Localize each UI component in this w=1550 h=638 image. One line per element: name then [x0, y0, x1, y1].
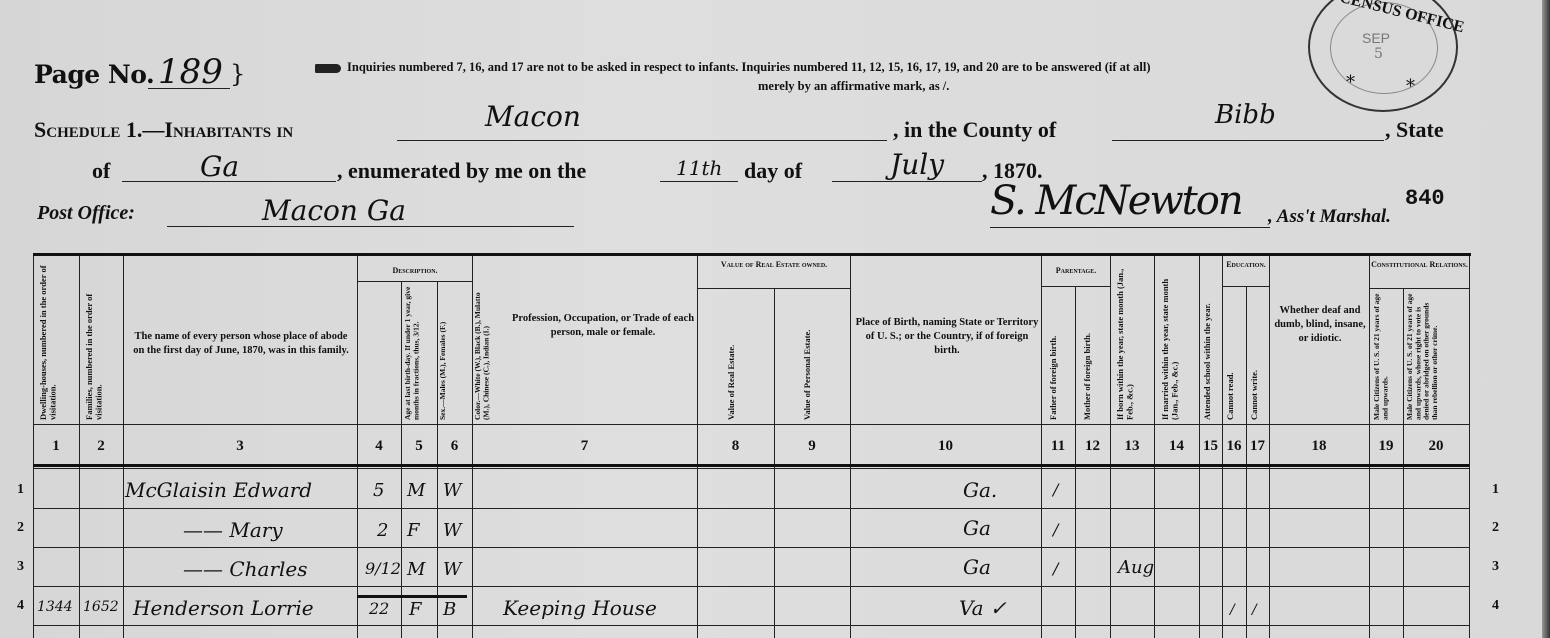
county-value: Bibb: [1215, 100, 1276, 130]
col12-header: Mother of foreign birth.: [1083, 292, 1103, 420]
row3-born-month: Aug: [1118, 557, 1154, 578]
page-no-value: 189: [158, 52, 223, 92]
col-num-13: 13: [1110, 438, 1154, 455]
row2-birthplace: Ga: [963, 516, 991, 540]
col-num-2: 2: [79, 438, 123, 455]
col-num-3: 3: [123, 438, 357, 455]
schedule-title: Schedule 1.—Inhabitants in: [34, 117, 293, 143]
col-num-7: 7: [472, 438, 697, 455]
col-num-12: 12: [1075, 438, 1110, 455]
page-no-underline: [148, 88, 230, 89]
state-value: Ga: [200, 150, 239, 183]
of-label: of: [92, 158, 110, 184]
row4-cannot-write: /: [1252, 602, 1257, 618]
line-number-left: 1: [17, 482, 24, 498]
col15-header: Attended school within the year.: [1203, 260, 1221, 420]
group-divider: [357, 281, 472, 282]
row4-color: B: [443, 599, 456, 620]
row4-sex: F: [409, 599, 422, 620]
day-of-label: day of: [744, 158, 802, 184]
star-icon: *: [1346, 72, 1355, 93]
col-divider: [1469, 256, 1470, 638]
col18-header: Whether deaf and dumb, blind, insane, or…: [1273, 304, 1367, 347]
group-divider: [1369, 288, 1469, 289]
post-office-value: Macon Ga: [262, 194, 406, 227]
post-office-label: Post Office:: [37, 202, 135, 225]
col10-header: Place of Birth, naming State or Territor…: [855, 316, 1039, 359]
state-label: , State: [1385, 117, 1444, 143]
row4-occupation: Keeping House: [503, 596, 657, 620]
row3-sex: M: [407, 559, 425, 580]
col6-header: Color.—White (W.), Black (B.), Mulatto (…: [474, 286, 508, 420]
stamp-month: SEP: [1362, 30, 1390, 46]
census-page: Page No. 189 } Inquiries numbered 7, 16,…: [0, 0, 1550, 638]
line-number-right: 2: [1492, 520, 1499, 536]
row4-name: Henderson Lorrie: [133, 596, 314, 620]
row-divider: [33, 625, 1469, 626]
col-num-18: 18: [1269, 438, 1369, 455]
sheet-number: 840: [1405, 186, 1445, 211]
line-number-right: 1: [1492, 482, 1499, 498]
col-num-16: 16: [1222, 438, 1246, 455]
col-num-10: 10: [850, 438, 1041, 455]
place-value: Macon: [485, 100, 581, 133]
row2-name: —— Mary: [183, 518, 283, 542]
col16-header: Cannot read.: [1226, 292, 1244, 420]
row4-age: 22: [369, 599, 389, 618]
col-num-17: 17: [1246, 438, 1269, 455]
row2-sex: F: [407, 520, 420, 541]
number-row-bottom-2: [33, 468, 1469, 469]
enumerated-label: , enumerated by me on the: [337, 158, 586, 184]
brace-icon: }: [230, 60, 245, 88]
col5-header: Sex.—Males (M.), Females (F.): [439, 286, 469, 420]
census-office-stamp: CENSUS OFFICE SEP 5 * *: [1308, 0, 1458, 112]
census-table: Description. Value of Real Estate owned.…: [33, 253, 1471, 638]
page-edge-shadow: [1542, 0, 1550, 638]
col4-header: Age at last birth-day. If under 1 year, …: [404, 286, 436, 420]
col-num-4: 4: [357, 438, 401, 455]
line-number-right: 4: [1492, 598, 1499, 614]
day-value: 11th: [676, 156, 722, 180]
marshal-signature: S. McNewton: [990, 178, 1242, 224]
county-label: , in the County of: [893, 117, 1056, 143]
number-row-bottom: [33, 464, 1469, 467]
col9-header: Value of Personal Estate.: [803, 294, 823, 420]
col2-header: Families, numbered in the order of visit…: [85, 260, 119, 420]
row4-family: 1652: [83, 599, 119, 615]
col19-header: Male Citizens of U. S. of 21 years of ag…: [1373, 292, 1401, 420]
row2-father-foreign: /: [1053, 520, 1058, 539]
col-num-6: 6: [437, 438, 472, 455]
pointing-hand-icon: [315, 64, 341, 73]
col1-header: Dwelling-houses, numbered in the order o…: [39, 260, 75, 420]
group-constitutional: Constitutional Relations.: [1371, 260, 1468, 270]
month-underline: [832, 181, 982, 182]
page-no-label: Page No.: [34, 60, 154, 89]
month-value: July: [890, 148, 944, 181]
col8-header: Value of Real Estate.: [727, 294, 747, 420]
line-number-left: 2: [17, 520, 24, 536]
row2-age: 2: [377, 520, 388, 541]
day-underline: [660, 181, 738, 182]
row3-name: —— Charles: [183, 557, 308, 581]
row3-father-foreign: /: [1053, 559, 1058, 578]
row1-color: W: [443, 480, 462, 501]
col7-header: Profession, Occupation, or Trade of each…: [511, 312, 695, 340]
col-num-5: 5: [401, 438, 437, 455]
line-number-right: 3: [1492, 559, 1499, 575]
col20-header: Male Citizens of U. S. of 21 years of ag…: [1406, 292, 1466, 420]
line-number-left: 4: [17, 598, 24, 614]
col-num-19: 19: [1369, 438, 1403, 455]
family-separator: [357, 595, 467, 598]
signature-underline: [990, 227, 1270, 228]
group-divider: [697, 288, 850, 289]
group-divider: [1222, 286, 1269, 287]
col13-header: If born within the year, state month (Ja…: [1116, 260, 1150, 420]
col14-header: If married within the year, state month …: [1161, 260, 1195, 420]
col3-header: The name of every person whose place of …: [131, 330, 351, 358]
row1-age: 5: [373, 480, 384, 501]
col-num-15: 15: [1199, 438, 1222, 455]
marshal-label: , Ass't Marshal.: [1268, 206, 1391, 228]
county-underline: [1112, 140, 1384, 141]
group-parentage: Parentage.: [1043, 266, 1109, 276]
col-num-1: 1: [33, 438, 79, 455]
col-num-14: 14: [1154, 438, 1199, 455]
col-divider: [401, 281, 402, 638]
line-number-left: 3: [17, 559, 24, 575]
row1-sex: M: [407, 480, 425, 501]
row-divider: [33, 508, 1469, 509]
row1-name: McGlaisin Edward: [125, 478, 312, 502]
row3-age: 9/12: [365, 559, 401, 578]
row3-birthplace: Ga: [963, 555, 991, 579]
row1-birthplace: Ga.: [963, 478, 997, 502]
group-education: Education.: [1223, 260, 1269, 270]
row-divider: [33, 586, 1469, 587]
group-value-estate: Value of Real Estate owned.: [699, 260, 849, 270]
row4-birthplace: Va ✓: [959, 596, 1007, 620]
stamp-day: 5: [1374, 46, 1383, 62]
col-num-8: 8: [697, 438, 774, 455]
row2-color: W: [443, 520, 462, 541]
instruction-line-1: Inquiries numbered 7, 16, and 17 are not…: [315, 60, 1151, 75]
place-underline: [397, 140, 887, 141]
group-divider: [1041, 286, 1110, 287]
row4-cannot-read: /: [1230, 602, 1235, 618]
col-num-11: 11: [1041, 438, 1075, 455]
row1-father-foreign: /: [1053, 480, 1058, 499]
col-num-9: 9: [774, 438, 850, 455]
col11-header: Father of foreign birth.: [1049, 292, 1069, 420]
col17-header: Cannot write.: [1250, 292, 1268, 420]
group-description: Description.: [359, 266, 471, 276]
header-number-divider: [33, 424, 1469, 425]
star-icon: *: [1406, 76, 1415, 97]
row-divider: [33, 547, 1469, 548]
row4-dwelling: 1344: [37, 599, 73, 615]
instruction-line-2: merely by an affirmative mark, as /.: [758, 79, 949, 94]
col-num-20: 20: [1403, 438, 1469, 455]
row3-color: W: [443, 559, 462, 580]
